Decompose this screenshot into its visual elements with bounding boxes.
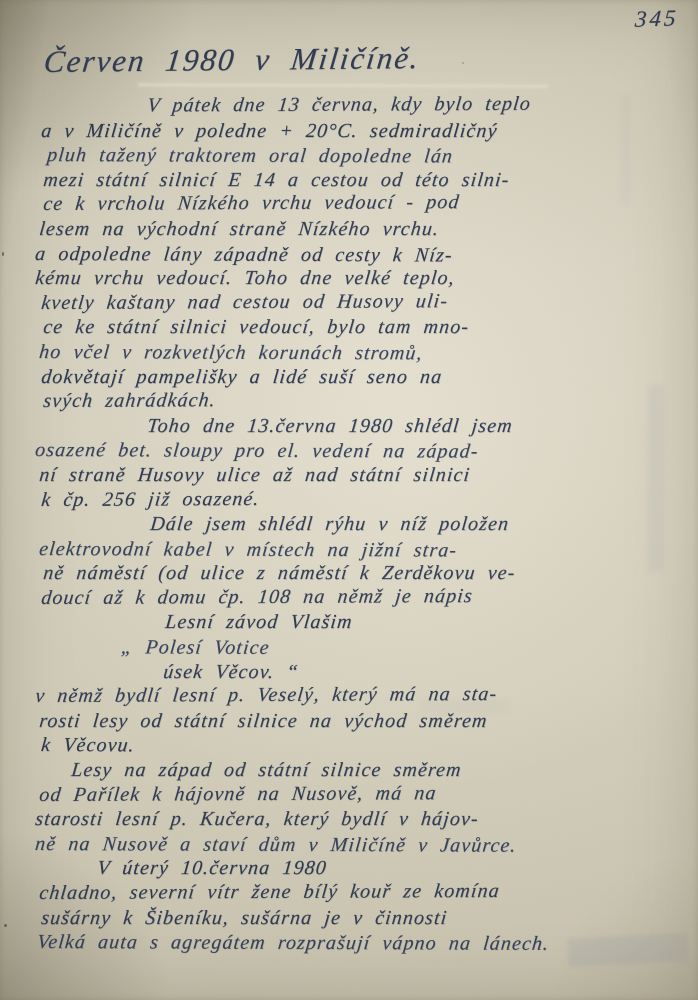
manuscript-line: ní straně Husovy ulice až nad státní sil… <box>34 463 697 488</box>
chronicle-page: 345 Červen 1980 v Miličíně. V pátek dne … <box>0 0 698 1000</box>
ink-speck <box>462 62 464 64</box>
manuscript-line: kvetly kaštany nad cestou od Husovy uli- <box>34 288 697 315</box>
manuscript-line: sušárny k Šibeníku, sušárna je v činnost… <box>34 906 697 931</box>
page-number: 345 <box>634 5 679 33</box>
manuscript-line: Lesní závod Vlašim <box>34 610 697 635</box>
manuscript-line: V úterý 10.června 1980 <box>34 856 697 881</box>
ink-speck <box>4 924 7 927</box>
manuscript-line: rosti lesy od státní silnice na východ s… <box>34 709 697 734</box>
manuscript-line: dokvětají pampelišky a lidé suší seno na <box>34 365 697 390</box>
manuscript-line: „ Polesí Votice <box>34 635 696 662</box>
manuscript-line: kému vrchu vedoucí. Toho dne velké teplo… <box>34 266 697 291</box>
manuscript-line: a v Miličíně v poledne + 20°C. sedmiradl… <box>34 119 697 144</box>
page-title: Červen 1980 v Miličíně. <box>42 40 422 80</box>
manuscript-line: Velká auta s agregátem rozprašují vápno … <box>34 930 696 957</box>
pressed-line-artifact <box>138 83 548 87</box>
manuscript-line: elektrovodní kabel v místech na jižní st… <box>34 537 696 564</box>
manuscript-line: starosti lesní p. Kučera, který bydlí v … <box>34 807 697 832</box>
manuscript-line: ně náměstí (od ulice z náměstí k Zerděko… <box>34 561 697 586</box>
manuscript-line: V pátek dne 13 června, kdy bylo teplo <box>34 91 697 118</box>
manuscript-line: a odpoledne lány západně od cesty k Níz- <box>34 242 696 269</box>
manuscript-line: Dále jsem shlédl rýhu v níž položen <box>34 512 697 537</box>
manuscript-line: lesem na východní straně Nízkého vrchu. <box>34 217 697 242</box>
manuscript-line: ně na Nusově a staví dům v Miličíně v Ja… <box>34 832 696 859</box>
manuscript-line: k Věcovu. <box>34 733 696 760</box>
manuscript-line: od Pařílek k hájovně na Nusově, má na <box>34 780 697 807</box>
manuscript-line: v němž bydlí lesní p. Veselý, který má n… <box>34 681 697 708</box>
manuscript-line: Lesy na západ od státní silnice směrem <box>34 758 697 783</box>
manuscript-line: osazené bet. sloupy pro el. vedení na zá… <box>34 438 696 465</box>
manuscript-line: k čp. 256 již osazené. <box>34 485 697 512</box>
manuscript-line: ce k vrcholu Nízkého vrchu vedoucí - pod <box>34 189 697 216</box>
manuscript-line: úsek Věcov. “ <box>34 660 697 685</box>
manuscript-line: Toho dne 13.června 1980 shlédl jsem <box>34 414 697 439</box>
manuscript-line: chladno, severní vítr žene bílý kouř ze … <box>34 878 697 905</box>
manuscript-line: pluh tažený traktorem oral dopoledne lán <box>34 143 696 170</box>
ink-speck <box>2 252 4 256</box>
manuscript-line: doucí až k domu čp. 108 na němž je nápis <box>34 583 697 610</box>
manuscript-body: V pátek dne 13 června, kdy bylo teploa v… <box>34 94 694 955</box>
manuscript-line: svých zahrádkách. <box>34 386 697 413</box>
manuscript-line: ce ke státní silnici vedoucí, bylo tam m… <box>34 315 697 340</box>
manuscript-line: ho včel v rozkvetlých korunách stromů, <box>34 340 696 367</box>
